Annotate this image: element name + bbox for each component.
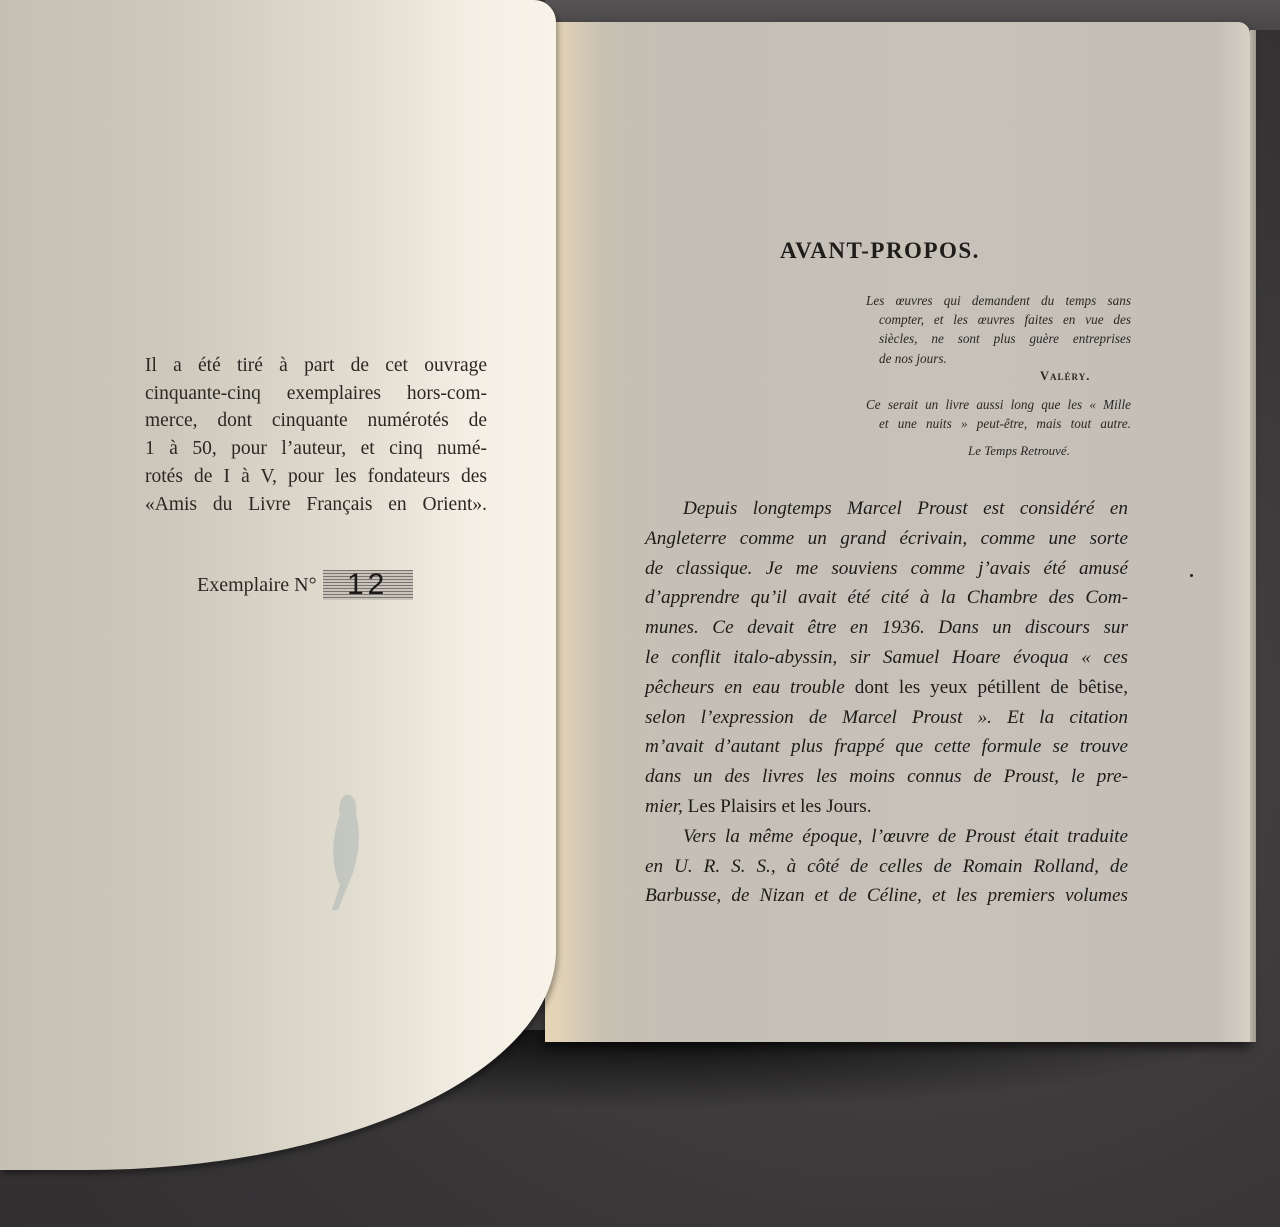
text-line: de classique. Je me souviens comme j’ava… [645, 554, 1128, 584]
italic-fragment: mier, [645, 796, 683, 817]
bird-watermark-icon [318, 785, 378, 915]
text-line: dans un des livres les moins connus de P… [645, 762, 1128, 792]
epigraph-proust: Ce serait un livre aussi long que les « … [866, 395, 1131, 433]
copy-number-line: Exemplaire N° 12 [197, 570, 413, 600]
text-line: le conflit italo-abyssin, sir Samuel Hoa… [645, 643, 1128, 673]
notice-line: rotés de I à V, pour les fondateurs des [145, 463, 487, 491]
epigraph-attribution: Le Temps Retrouvé. [968, 443, 1070, 459]
copy-label: Exemplaire N° [197, 574, 317, 597]
notice-line: «Amis du Livre Français en Orient». [145, 491, 487, 519]
text-line-mixed: mier, Les Plaisirs et les Jours. [645, 792, 1128, 822]
notice-line: 1 à 50, pour l’auteur, et cinq numé- [145, 435, 487, 463]
paper-speck [1190, 574, 1193, 577]
text-line: Depuis longtemps Marcel Proust est consi… [645, 494, 1128, 524]
notice-line: merce, dont cinquante numérotés de [145, 407, 487, 435]
text-line-mixed: pêcheurs en eau trouble dont les yeux pé… [645, 673, 1128, 703]
copy-number-stamp: 12 [323, 570, 413, 600]
text-line: Barbusse, de Nizan et de Céline, et les … [645, 881, 1128, 911]
notice-line: Il a été tiré à part de cet ouvrage [145, 352, 487, 380]
text-line: Angleterre comme un grand écrivain, comm… [645, 524, 1128, 554]
epigraph-line: Les œuvres qui demandent du temps sans [866, 291, 1131, 310]
epigraph-valery: Les œuvres qui demandent du temps sans c… [866, 291, 1131, 368]
roman-fragment: dont les yeux pétillent de bêtise, [845, 677, 1128, 698]
italic-fragment: pêcheurs en eau trouble [645, 677, 845, 698]
photo-scene: AVANT-PROPOS. Les œuvres qui demandent d… [0, 0, 1280, 1227]
epigraph-line: siècles, ne sont plus guère entreprises [866, 329, 1131, 348]
epigraph-line: et une nuits » peut-être, mais tout autr… [866, 414, 1131, 433]
epigraph-line: Ce serait un livre aussi long que les « … [866, 395, 1131, 414]
print-run-notice: Il a été tiré à part de cet ouvrage cinq… [145, 352, 487, 518]
page-block-edge [1250, 30, 1256, 1042]
text-line: Vers la même époque, l’œuvre de Proust é… [645, 822, 1128, 852]
left-page: Il a été tiré à part de cet ouvrage cinq… [0, 0, 556, 1170]
chapter-heading: AVANT-PROPOS. [780, 238, 980, 264]
body-text: Depuis longtemps Marcel Proust est consi… [645, 494, 1128, 911]
text-line: selon l’expression de Marcel Proust ». E… [645, 703, 1128, 733]
epigraph-attribution: Valéry. [1040, 369, 1090, 384]
text-line: m’avait d’autant plus frappé que cette f… [645, 732, 1128, 762]
notice-line: cinquante-cinq exemplaires hors-com- [145, 380, 487, 408]
book-title-roman: Les Plaisirs et les Jours. [683, 796, 872, 817]
epigraph-line: compter, et les œuvres faites en vue des [866, 310, 1131, 329]
epigraph-line: de nos jours. [866, 349, 1131, 368]
text-line: d’apprendre qu’il avait été cité à la Ch… [645, 583, 1128, 613]
text-line: en U. R. S. S., à côté de celles de Roma… [645, 852, 1128, 882]
text-line: munes. Ce devait être en 1936. Dans un d… [645, 613, 1128, 643]
